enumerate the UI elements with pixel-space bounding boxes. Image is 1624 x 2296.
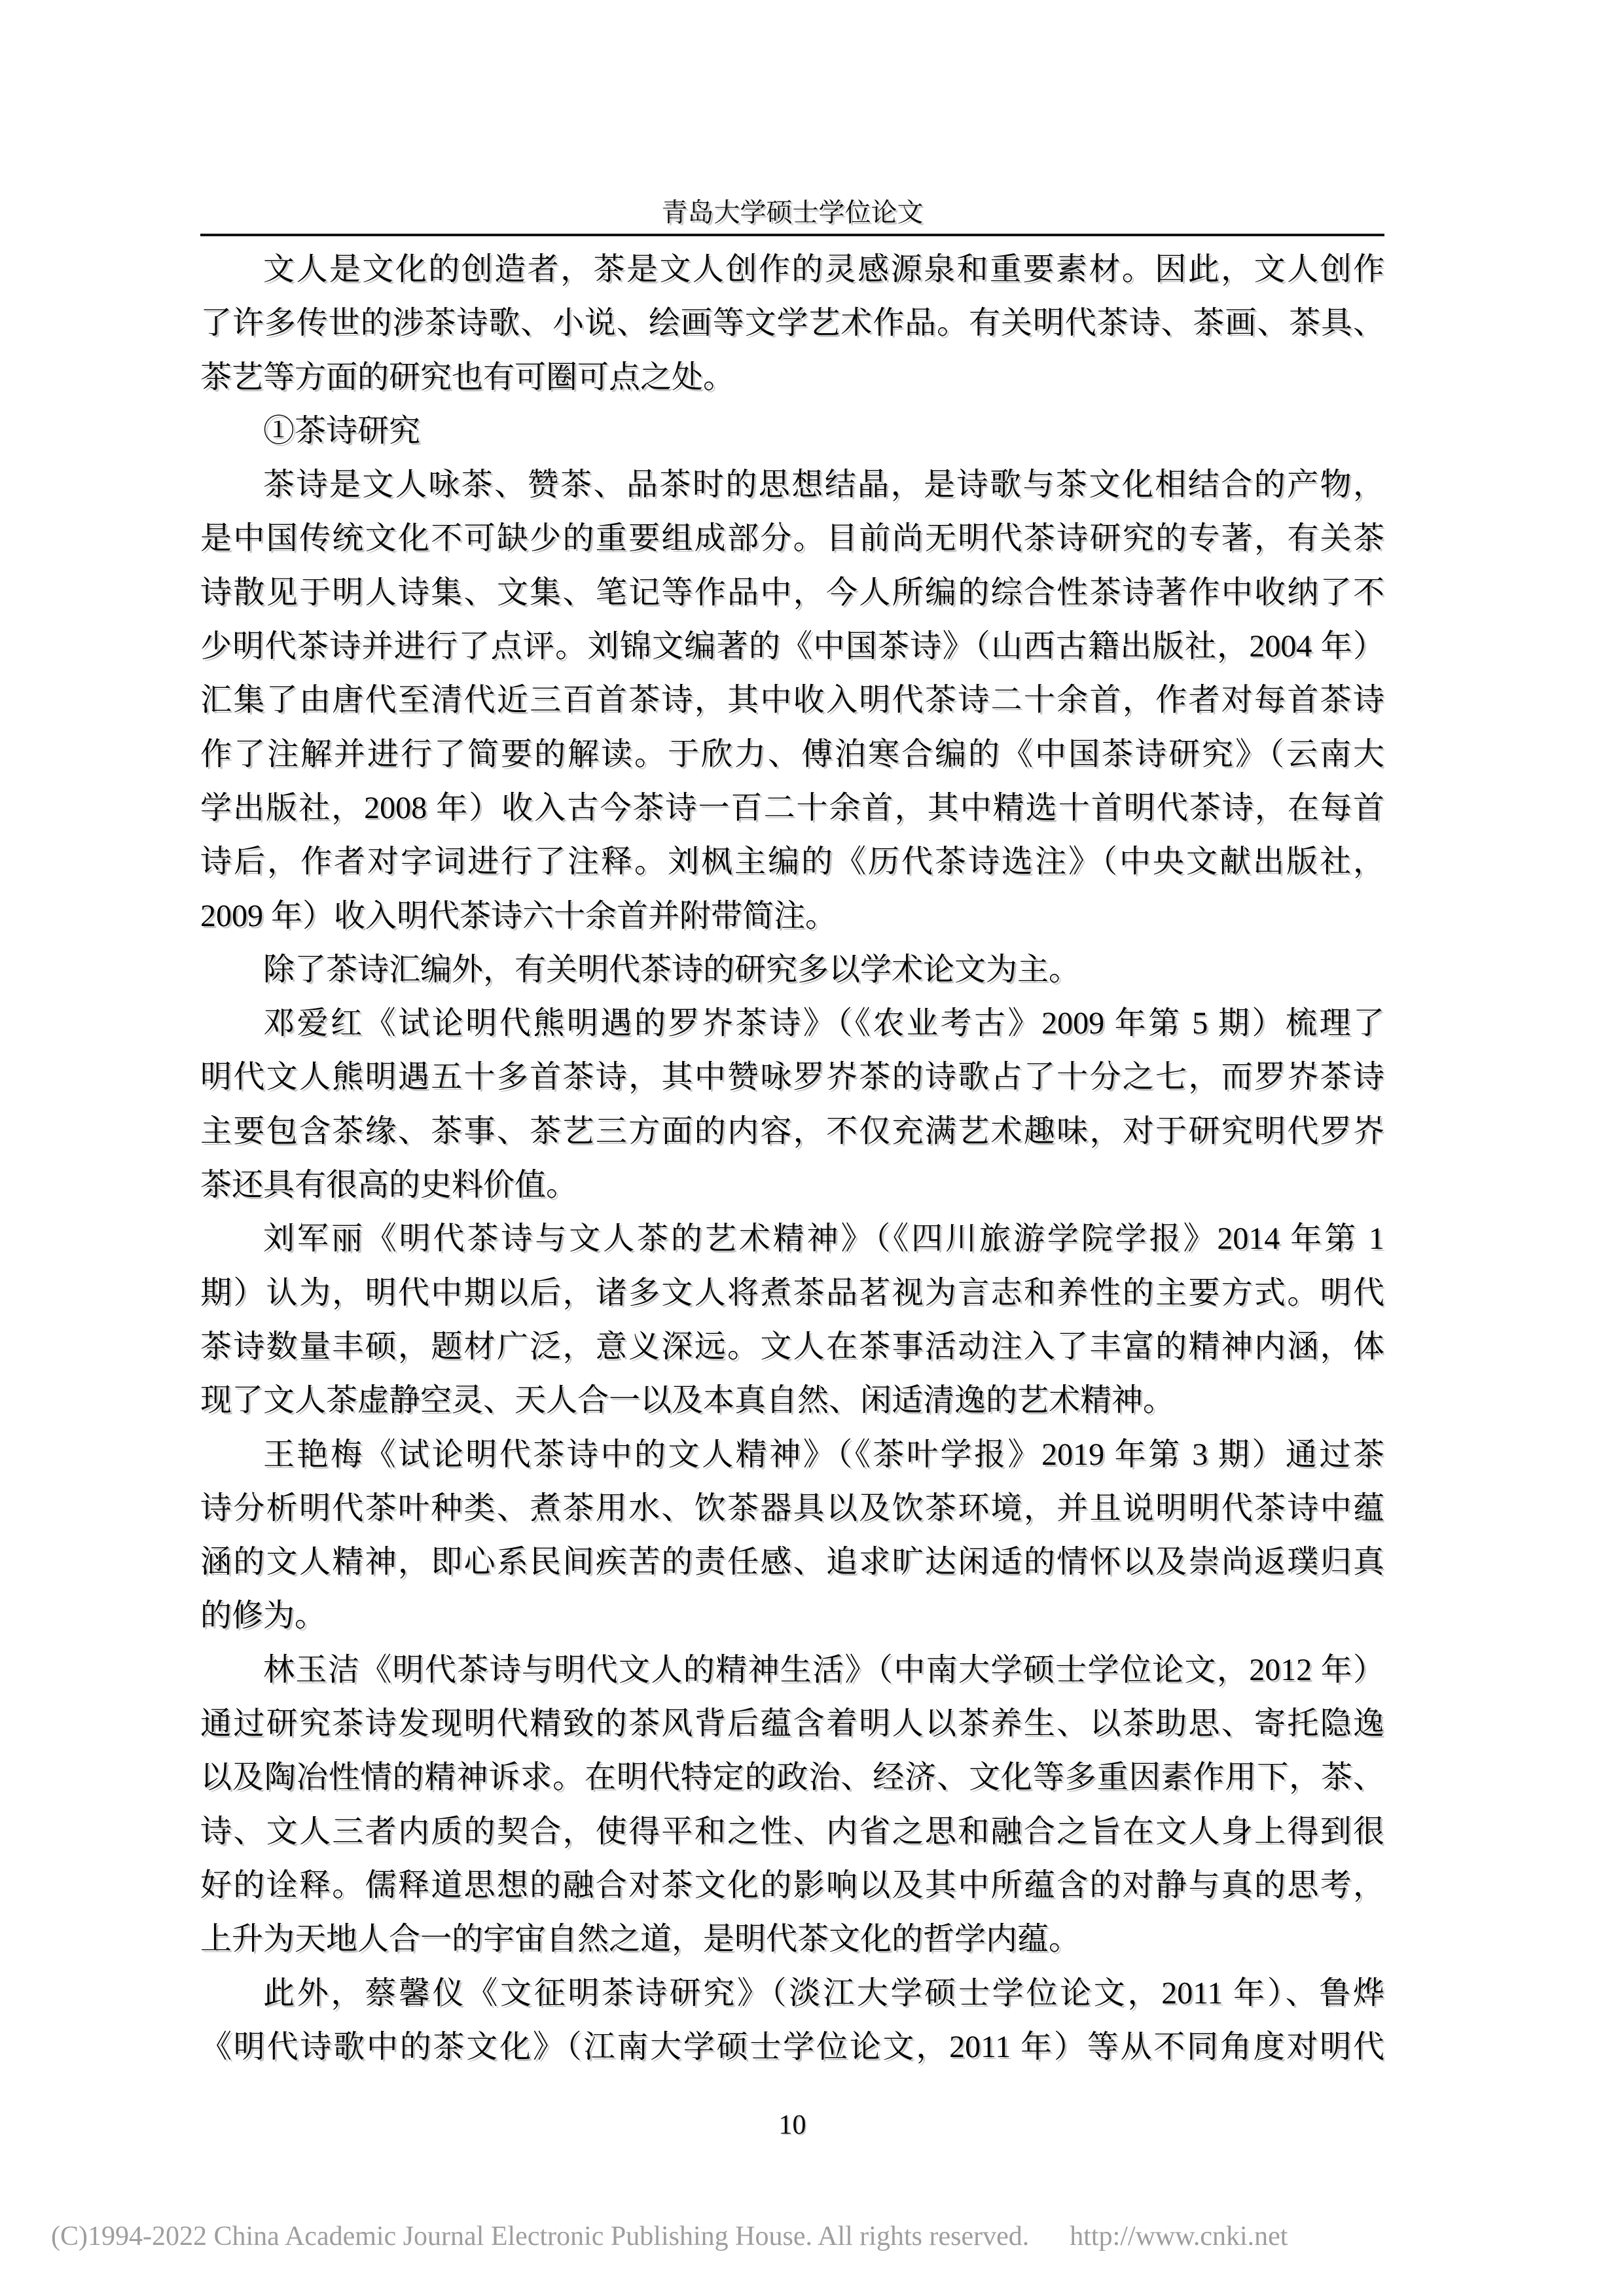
text-line: 涵的文人精神，即心系民间疾苦的责任感、追求旷达闲适的情怀以及崇尚返璞归真 xyxy=(200,1535,1384,1589)
text-line: 的修为。 xyxy=(200,1589,1384,1643)
text-line: 茶艺等方面的研究也有可圈可点之处。 xyxy=(200,351,1384,404)
page: 青岛大学硕士学位论文 文人是文化的创造者，茶是文人创作的灵感源泉和重要素材。因此… xyxy=(0,0,1624,2296)
text-line: 好的诠释。儒释道思想的融合对茶文化的影响以及其中所蕴含的对静与真的思考， xyxy=(200,1859,1384,1912)
text-line: 诗分析明代茶叶种类、煮茶用水、饮茶器具以及饮茶环境，并且说明明代茶诗中蕴 xyxy=(200,1482,1384,1535)
header-divider xyxy=(200,234,1384,236)
text-line: 诗散见于明人诗集、文集、笔记等作品中，今人所编的综合性茶诗著作中收纳了不 xyxy=(200,566,1384,620)
text-line: 汇集了由唐代至清代近三百首茶诗，其中收入明代茶诗二十余首，作者对每首茶诗 xyxy=(200,673,1384,727)
running-header: 青岛大学硕士学位论文 xyxy=(200,191,1384,234)
text-line: 林玉洁《明代茶诗与明代文人的精神生活》（中南大学硕士学位论文，2012 年） xyxy=(200,1643,1384,1697)
text-line: 了许多传世的涉茶诗歌、小说、绘画等文学艺术作品。有关明代茶诗、茶画、茶具、 xyxy=(200,296,1384,350)
text-line: 文人是文化的创造者，茶是文人创作的灵感源泉和重要素材。因此，文人创作 xyxy=(200,243,1384,296)
text-line: 《明代诗歌中的茶文化》（江南大学硕士学位论文，2011 年）等从不同角度对明代 xyxy=(200,2020,1384,2074)
text-line: 2009 年）收入明代茶诗六十余首并附带简注。 xyxy=(200,889,1384,943)
text-line: 此外，蔡馨仪《文征明茶诗研究》（淡江大学硕士学位论文，2011 年）、鲁烨 xyxy=(200,1967,1384,2020)
text-line: 明代文人熊明遇五十多首茶诗，其中赞咏罗岕茶的诗歌占了十分之七，而罗岕茶诗 xyxy=(200,1050,1384,1104)
footer-copyright: (C)1994-2022 China Academic Journal Elec… xyxy=(51,2221,1029,2251)
text-line: 除了茶诗汇编外，有关明代茶诗的研究多以学术论文为主。 xyxy=(200,943,1384,997)
text-line: ①茶诗研究 xyxy=(200,404,1384,458)
footer: (C)1994-2022 China Academic Journal Elec… xyxy=(51,2220,1288,2253)
text-line: 以及陶冶性情的精神诉求。在明代特定的政治、经济、文化等多重因素作用下，茶、 xyxy=(200,1751,1384,1804)
text-line: 茶诗数量丰硕，题材广泛，意义深远。文人在茶事活动注入了丰富的精神内涵，体 xyxy=(200,1320,1384,1374)
text-line: 期）认为，明代中期以后，诸多文人将煮茶品茗视为言志和养性的主要方式。明代 xyxy=(200,1266,1384,1320)
text-line: 是中国传统文化不可缺少的重要组成部分。目前尚无明代茶诗研究的专著，有关茶 xyxy=(200,512,1384,565)
text-line: 上升为天地人合一的宇宙自然之道，是明代茶文化的哲学内蕴。 xyxy=(200,1912,1384,1966)
text-line: 邓爱红《试论明代熊明遇的罗岕茶诗》（《农业考古》2009 年第 5 期）梳理了 xyxy=(200,997,1384,1050)
text-line: 诗、文人三者内质的契合，使得平和之性、内省之思和融合之旨在文人身上得到很 xyxy=(200,1805,1384,1859)
text-line: 通过研究茶诗发现明代精致的茶风背后蕴含着明人以茶养生、以茶助思、寄托隐逸 xyxy=(200,1697,1384,1751)
text-line: 王艳梅《试论明代茶诗中的文人精神》（《茶叶学报》2019 年第 3 期）通过茶 xyxy=(200,1428,1384,1482)
text-line: 茶还具有很高的史料价值。 xyxy=(200,1158,1384,1212)
footer-url: http://www.cnki.net xyxy=(1070,2221,1288,2251)
text-line: 现了文人茶虚静空灵、天人合一以及本真自然、闲适清逸的艺术精神。 xyxy=(200,1374,1384,1427)
paragraphs: 文人是文化的创造者，茶是文人创作的灵感源泉和重要素材。因此，文人创作了许多传世的… xyxy=(200,243,1384,2074)
text-line: 少明代茶诗并进行了点评。刘锦文编著的《中国茶诗》（山西古籍出版社，2004 年） xyxy=(200,620,1384,673)
text-line: 作了注解并进行了简要的解读。于欣力、傅泊寒合编的《中国茶诗研究》（云南大 xyxy=(200,728,1384,781)
text-line: 刘军丽《明代茶诗与文人茶的艺术精神》（《四川旅游学院学报》2014 年第 1 xyxy=(200,1212,1384,1266)
text-line: 主要包含茶缘、茶事、茶艺三方面的内容，不仅充满艺术趣味，对于研究明代罗岕 xyxy=(200,1105,1384,1158)
page-number: 10 xyxy=(200,2098,1384,2152)
text-line: 学出版社，2008 年）收入古今茶诗一百二十余首，其中精选十首明代茶诗，在每首 xyxy=(200,781,1384,835)
text-line: 诗后，作者对字词进行了注释。刘枫主编的《历代茶诗选注》（中央文献出版社， xyxy=(200,835,1384,889)
text-line: 茶诗是文人咏茶、赞茶、品茶时的思想结晶，是诗歌与茶文化相结合的产物， xyxy=(200,458,1384,512)
